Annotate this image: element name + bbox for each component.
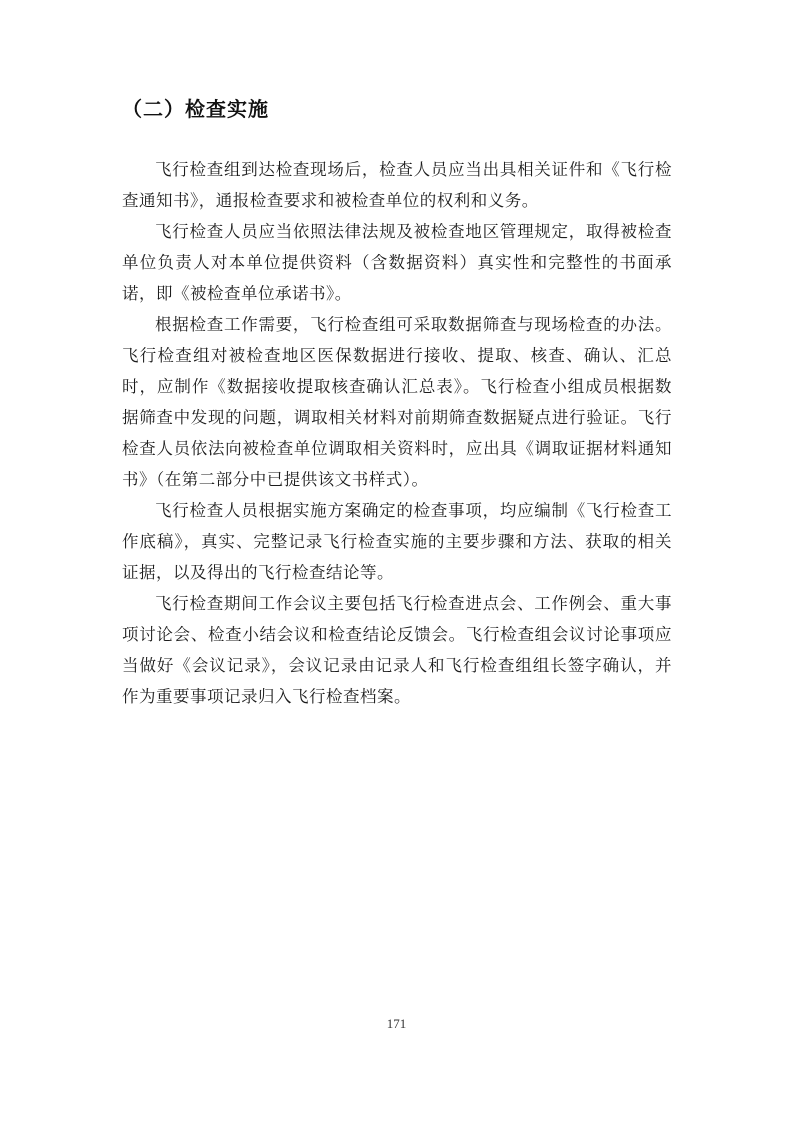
paragraph-3: 根据检查工作需要，飞行检查组可采取数据筛查与现场检查的办法。飞行检查组对被检查地…: [122, 309, 672, 495]
paragraph-2: 飞行检查人员应当依照法律法规及被检查地区管理规定，取得被检查单位负责人对本单位提…: [122, 216, 672, 309]
paragraph-5: 飞行检查期间工作会议主要包括飞行检查进点会、工作例会、重大事项讨论会、检查小结会…: [122, 588, 672, 712]
paragraph-4: 飞行检查人员根据实施方案确定的检查事项，均应编制《飞行检查工作底稿》，真实、完整…: [122, 495, 672, 588]
page-number: 171: [0, 1016, 793, 1032]
section-heading: （二）检查实施: [122, 96, 672, 124]
paragraph-1: 飞行检查组到达检查现场后，检查人员应当出具相关证件和《飞行检查通知书》，通报检查…: [122, 154, 672, 216]
document-page: （二）检查实施 飞行检查组到达检查现场后，检查人员应当出具相关证件和《飞行检查通…: [0, 0, 793, 1122]
